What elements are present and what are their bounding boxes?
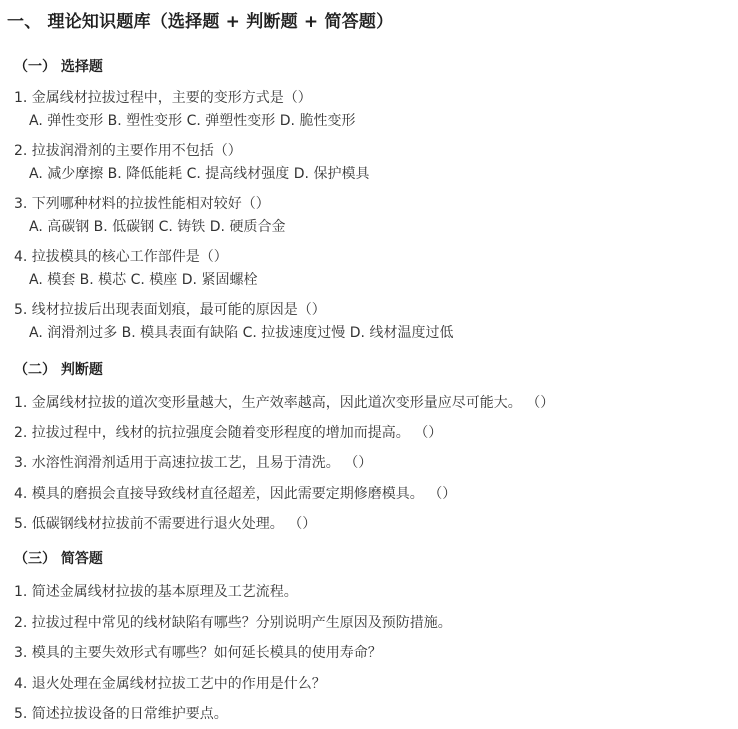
question-item: 1. 简述金属线材拉拔的基本原理及工艺流程。: [14, 582, 298, 602]
question-item: 2. 拉拔过程中，线材的抗拉强度会随着变形程度的增加而提高。 （）: [14, 423, 442, 443]
question-text: 5. 线材拉拔后出现表面划痕，最可能的原因是（）: [14, 302, 326, 318]
question-item: 5. 简述拉拔设备的日常维护要点。: [14, 704, 228, 724]
question-item: 3. 下列哪种材料的拉拔性能相对较好（） A. 高碳钢 B. 低碳钢 C. 铸铁…: [14, 194, 285, 237]
question-item: 1. 金属线材拉拔的道次变形量越大，生产效率越高，因此道次变形量应尽可能大。 （…: [14, 393, 554, 413]
question-options: A. 润滑剂过多 B. 模具表面有缺陷 C. 拉拔速度过慢 D. 线材温度过低: [14, 323, 453, 343]
question-text: 1. 金属线材拉拔过程中，主要的变形方式是（）: [14, 90, 312, 106]
page-title: 一、 理论知识题库（选择题 + 判断题 + 简答题）: [7, 7, 393, 32]
question-item: 4. 模具的磨损会直接导致线材直径超差，因此需要定期修磨模具。 （）: [14, 484, 456, 504]
question-item: 1. 金属线材拉拔过程中，主要的变形方式是（） A. 弹性变形 B. 塑性变形 …: [14, 88, 355, 131]
question-options: A. 模套 B. 模芯 C. 模座 D. 紧固螺栓: [14, 270, 257, 290]
question-item: 3. 水溶性润滑剂适用于高速拉拔工艺，且易于清洗。 （）: [14, 453, 372, 473]
question-options: A. 弹性变形 B. 塑性变形 C. 弹塑性变形 D. 脆性变形: [14, 111, 355, 131]
question-item: 2. 拉拔过程中常见的线材缺陷有哪些？分别说明产生原因及预防措施。: [14, 613, 452, 633]
section-heading-true-false: （二） 判断题: [14, 359, 103, 379]
section-heading-multiple-choice: （一） 选择题: [14, 56, 103, 76]
question-options: A. 减少摩擦 B. 降低能耗 C. 提高线材强度 D. 保护模具: [14, 164, 369, 184]
question-text: 3. 下列哪种材料的拉拔性能相对较好（）: [14, 196, 270, 212]
question-text: 4. 拉拔模具的核心工作部件是（）: [14, 249, 228, 265]
question-item: 5. 线材拉拔后出现表面划痕，最可能的原因是（） A. 润滑剂过多 B. 模具表…: [14, 300, 453, 343]
question-text: 2. 拉拔润滑剂的主要作用不包括（）: [14, 143, 242, 159]
question-options: A. 高碳钢 B. 低碳钢 C. 铸铁 D. 硬质合金: [14, 217, 285, 237]
section-heading-short-answer: （三） 简答题: [14, 548, 103, 568]
question-item: 5. 低碳钢线材拉拔前不需要进行退火处理。 （）: [14, 514, 316, 534]
question-item: 4. 拉拔模具的核心工作部件是（） A. 模套 B. 模芯 C. 模座 D. 紧…: [14, 247, 257, 290]
question-item: 2. 拉拔润滑剂的主要作用不包括（） A. 减少摩擦 B. 降低能耗 C. 提高…: [14, 141, 369, 184]
question-item: 4. 退火处理在金属线材拉拔工艺中的作用是什么？: [14, 674, 326, 694]
question-item: 3. 模具的主要失效形式有哪些？如何延长模具的使用寿命？: [14, 643, 382, 663]
